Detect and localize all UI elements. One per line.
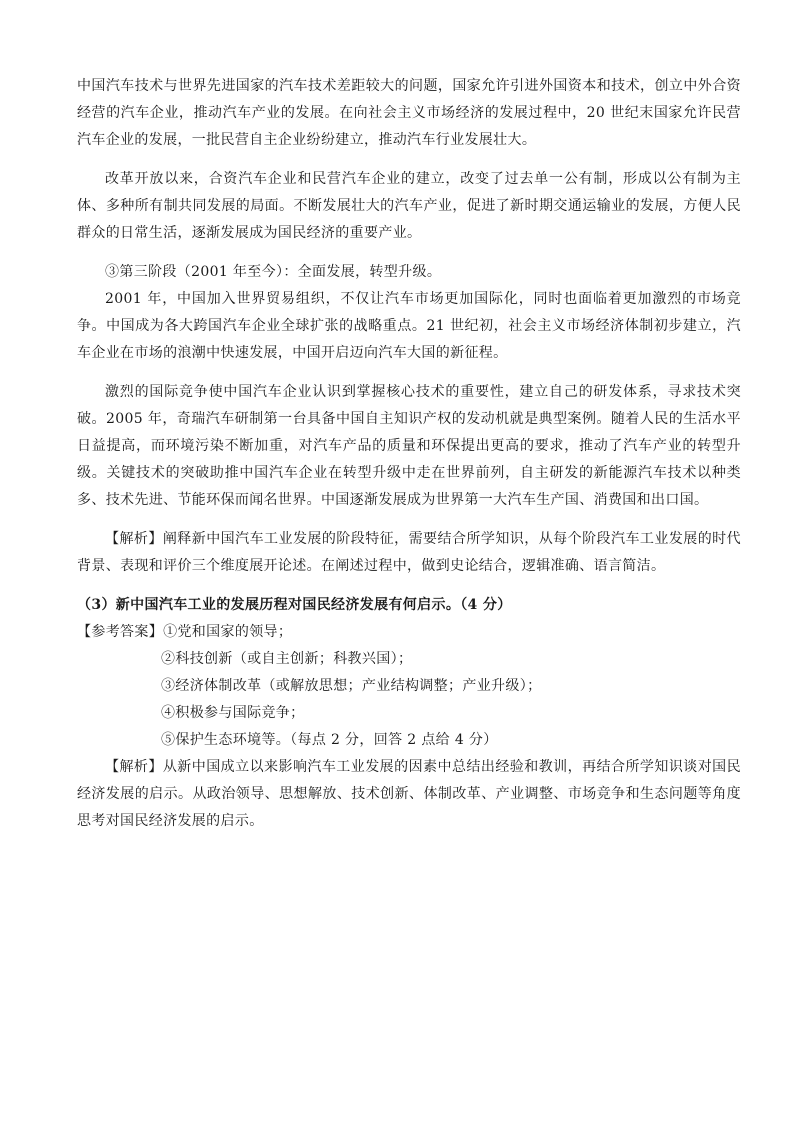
analysis-question-3: 【解析】从新中国成立以来影响汽车工业发展的因素中总结出经验和教训，再结合所学知识…: [77, 754, 741, 835]
question-3-title: （3）新中国汽车工业的发展历程对国民经济发展有何启示。（4 分）: [77, 592, 741, 619]
reference-answer-first: 【参考答案】①党和国家的领导；: [77, 619, 741, 646]
answer-item-4: ④积极参与国际竞争；: [77, 700, 741, 727]
answer-label: 【参考答案】: [77, 624, 163, 640]
paragraph-joint-venture: 中国汽车技术与世界先进国家的汽车技术差距较大的问题，国家允许引进外国资本和技术，…: [77, 73, 741, 154]
stage3-heading: ③第三阶段（2001 年至今）：全面发展，转型升级。: [77, 259, 741, 286]
answer-item-5: ⑤保护生态环境等。（每点 2 分，回答 2 点给 4 分）: [77, 727, 741, 754]
paragraph-wto: 2001 年，中国加入世界贸易组织，不仅让汽车市场更加国际化，同时也面临着更加激…: [77, 286, 741, 367]
answer-item-3: ③经济体制改革（或解放思想；产业结构调整；产业升级）；: [77, 673, 741, 700]
answer-item-2: ②科技创新（或自主创新；科教兴国）；: [77, 646, 741, 673]
paragraph-reform-opening: 改革开放以来，合资汽车企业和民营汽车企业的建立，改变了过去单一公有制，形成以公有…: [77, 166, 741, 247]
paragraph-core-tech: 激烈的国际竞争使中国汽车企业认识到掌握核心技术的重要性，建立自己的研发体系，寻求…: [77, 379, 741, 514]
analysis-stage: 【解析】阐释新中国汽车工业发展的阶段特征，需要结合所学知识，从每个阶段汽车工业发…: [77, 526, 741, 580]
document-page: 中国汽车技术与世界先进国家的汽车技术差距较大的问题，国家允许引进外国资本和技术，…: [77, 73, 741, 835]
answer-item-1: ①党和国家的领导；: [163, 624, 292, 640]
